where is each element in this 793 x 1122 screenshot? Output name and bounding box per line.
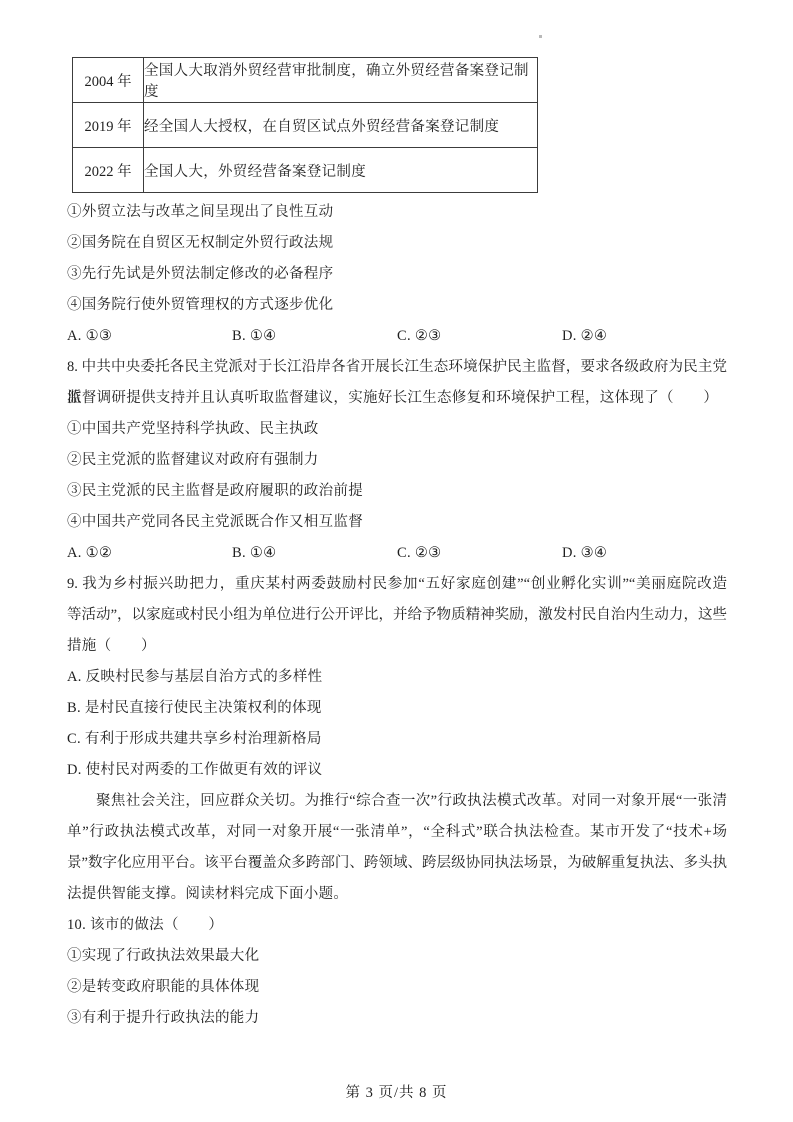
q9-stem-line-2: 等活动”，以家庭或村民小组为单位进行公开评比，并给予物质精神奖励，激发村民自治内… bbox=[67, 600, 727, 631]
q7-option-a: A. ①③ bbox=[67, 321, 232, 352]
q7-option-d: D. ②④ bbox=[562, 321, 727, 352]
q9-option-c: C. 有利于形成共建共享乡村治理新格局 bbox=[67, 724, 727, 755]
q7-item-4: ④国务院行使外贸管理权的方式逐步优化 bbox=[67, 290, 727, 321]
q9-option-b: B. 是村民直接行使民主决策权利的体现 bbox=[67, 693, 727, 724]
q9-stem-line-3: 措施（ ） bbox=[67, 631, 727, 662]
q8-option-d: D. ③④ bbox=[562, 538, 727, 569]
table-cell-desc: 全国人大取消外贸经营审批制度，确立外贸经营备案登记制度 bbox=[144, 58, 538, 103]
table-row: 2022 年 全国人大，外贸经营备案登记制度 bbox=[73, 148, 538, 193]
q7-option-b: B. ①④ bbox=[232, 321, 397, 352]
material-line-4: 法提供智能支撑。阅读材料完成下面小题。 bbox=[67, 879, 727, 910]
q9-stem-line-1: 9. 我为乡村振兴助把力，重庆某村两委鼓励村民参加“五好家庭创建”“创业孵化实训… bbox=[67, 569, 727, 600]
q9-option-d: D. 使村民对两委的工作做更有效的评议 bbox=[67, 755, 727, 786]
q8-option-a: A. ①② bbox=[67, 538, 232, 569]
table-cell-year: 2004 年 bbox=[73, 58, 144, 103]
page-number-indicator: 第 3 页/共 8 页 bbox=[0, 1081, 793, 1102]
q8-option-b: B. ①④ bbox=[232, 538, 397, 569]
q7-item-2: ②国务院在自贸区无权制定外贸行政法规 bbox=[67, 228, 727, 259]
q8-stem-line-2: 监督调研提供支持并且认真听取监督建议，实施好长江生态修复和环境保护工程，这体现了… bbox=[67, 383, 727, 414]
material-line-3: 景”数字化应用平台。该平台覆盖众多跨部门、跨领域、跨层级协同执法场景，为破解重复… bbox=[67, 848, 727, 879]
material-line-2: 单”行政执法模式改革，对同一对象开展“一张清单”，“全科式”联合执法检查。某市开… bbox=[67, 817, 727, 848]
q8-stem-line-1: 8. 中共中央委托各民主党派对于长江沿岸各省开展长江生态环境保护民主监督，要求各… bbox=[67, 352, 727, 383]
table-cell-year: 2022 年 bbox=[73, 148, 144, 193]
q10-item-2: ②是转变政府职能的具体体现 bbox=[67, 972, 727, 1003]
exam-page: 2004 年 全国人大取消外贸经营审批制度，确立外贸经营备案登记制度 2019 … bbox=[0, 0, 793, 1122]
table-row: 2004 年 全国人大取消外贸经营审批制度，确立外贸经营备案登记制度 bbox=[73, 58, 538, 103]
q8-option-c: C. ②③ bbox=[397, 538, 562, 569]
q8-item-4: ④中国共产党同各民主党派既合作又相互监督 bbox=[67, 507, 727, 538]
q8-item-1: ①中国共产党坚持科学执政、民主执政 bbox=[67, 414, 727, 445]
table-cell-year: 2019 年 bbox=[73, 103, 144, 148]
q7-option-c: C. ②③ bbox=[397, 321, 562, 352]
q9-option-a: A. 反映村民参与基层自治方式的多样性 bbox=[67, 662, 727, 693]
table-cell-desc: 全国人大，外贸经营备案登记制度 bbox=[144, 148, 538, 193]
q8-item-2: ②民主党派的监督建议对政府有强制力 bbox=[67, 445, 727, 476]
q8-options-row: A. ①② B. ①④ C. ②③ D. ③④ bbox=[67, 538, 727, 569]
material-line-1: 聚焦社会关注，回应群众关切。为推行“综合查一次”行政执法模式改革。对同一对象开展… bbox=[67, 786, 727, 817]
scan-artifact-dot bbox=[539, 35, 542, 38]
q10-item-3: ③有利于提升行政执法的能力 bbox=[67, 1003, 727, 1034]
q7-item-1: ①外贸立法与改革之间呈现出了良性互动 bbox=[67, 197, 727, 228]
q7-options-row: A. ①③ B. ①④ C. ②③ D. ②④ bbox=[67, 321, 727, 352]
q7-item-3: ③先行先试是外贸法制定修改的必备程序 bbox=[67, 259, 727, 290]
q10-stem: 10. 该市的做法（ ） bbox=[67, 910, 727, 941]
page-content: 2004 年 全国人大取消外贸经营审批制度，确立外贸经营备案登记制度 2019 … bbox=[67, 57, 727, 1034]
table-row: 2019 年 经全国人大授权，在自贸区试点外贸经营备案登记制度 bbox=[73, 103, 538, 148]
q8-item-3: ③民主党派的民主监督是政府履职的政治前提 bbox=[67, 476, 727, 507]
table-cell-desc: 经全国人大授权，在自贸区试点外贸经营备案登记制度 bbox=[144, 103, 538, 148]
trade-law-timeline-table: 2004 年 全国人大取消外贸经营审批制度，确立外贸经营备案登记制度 2019 … bbox=[72, 57, 538, 193]
q10-item-1: ①实现了行政执法效果最大化 bbox=[67, 941, 727, 972]
